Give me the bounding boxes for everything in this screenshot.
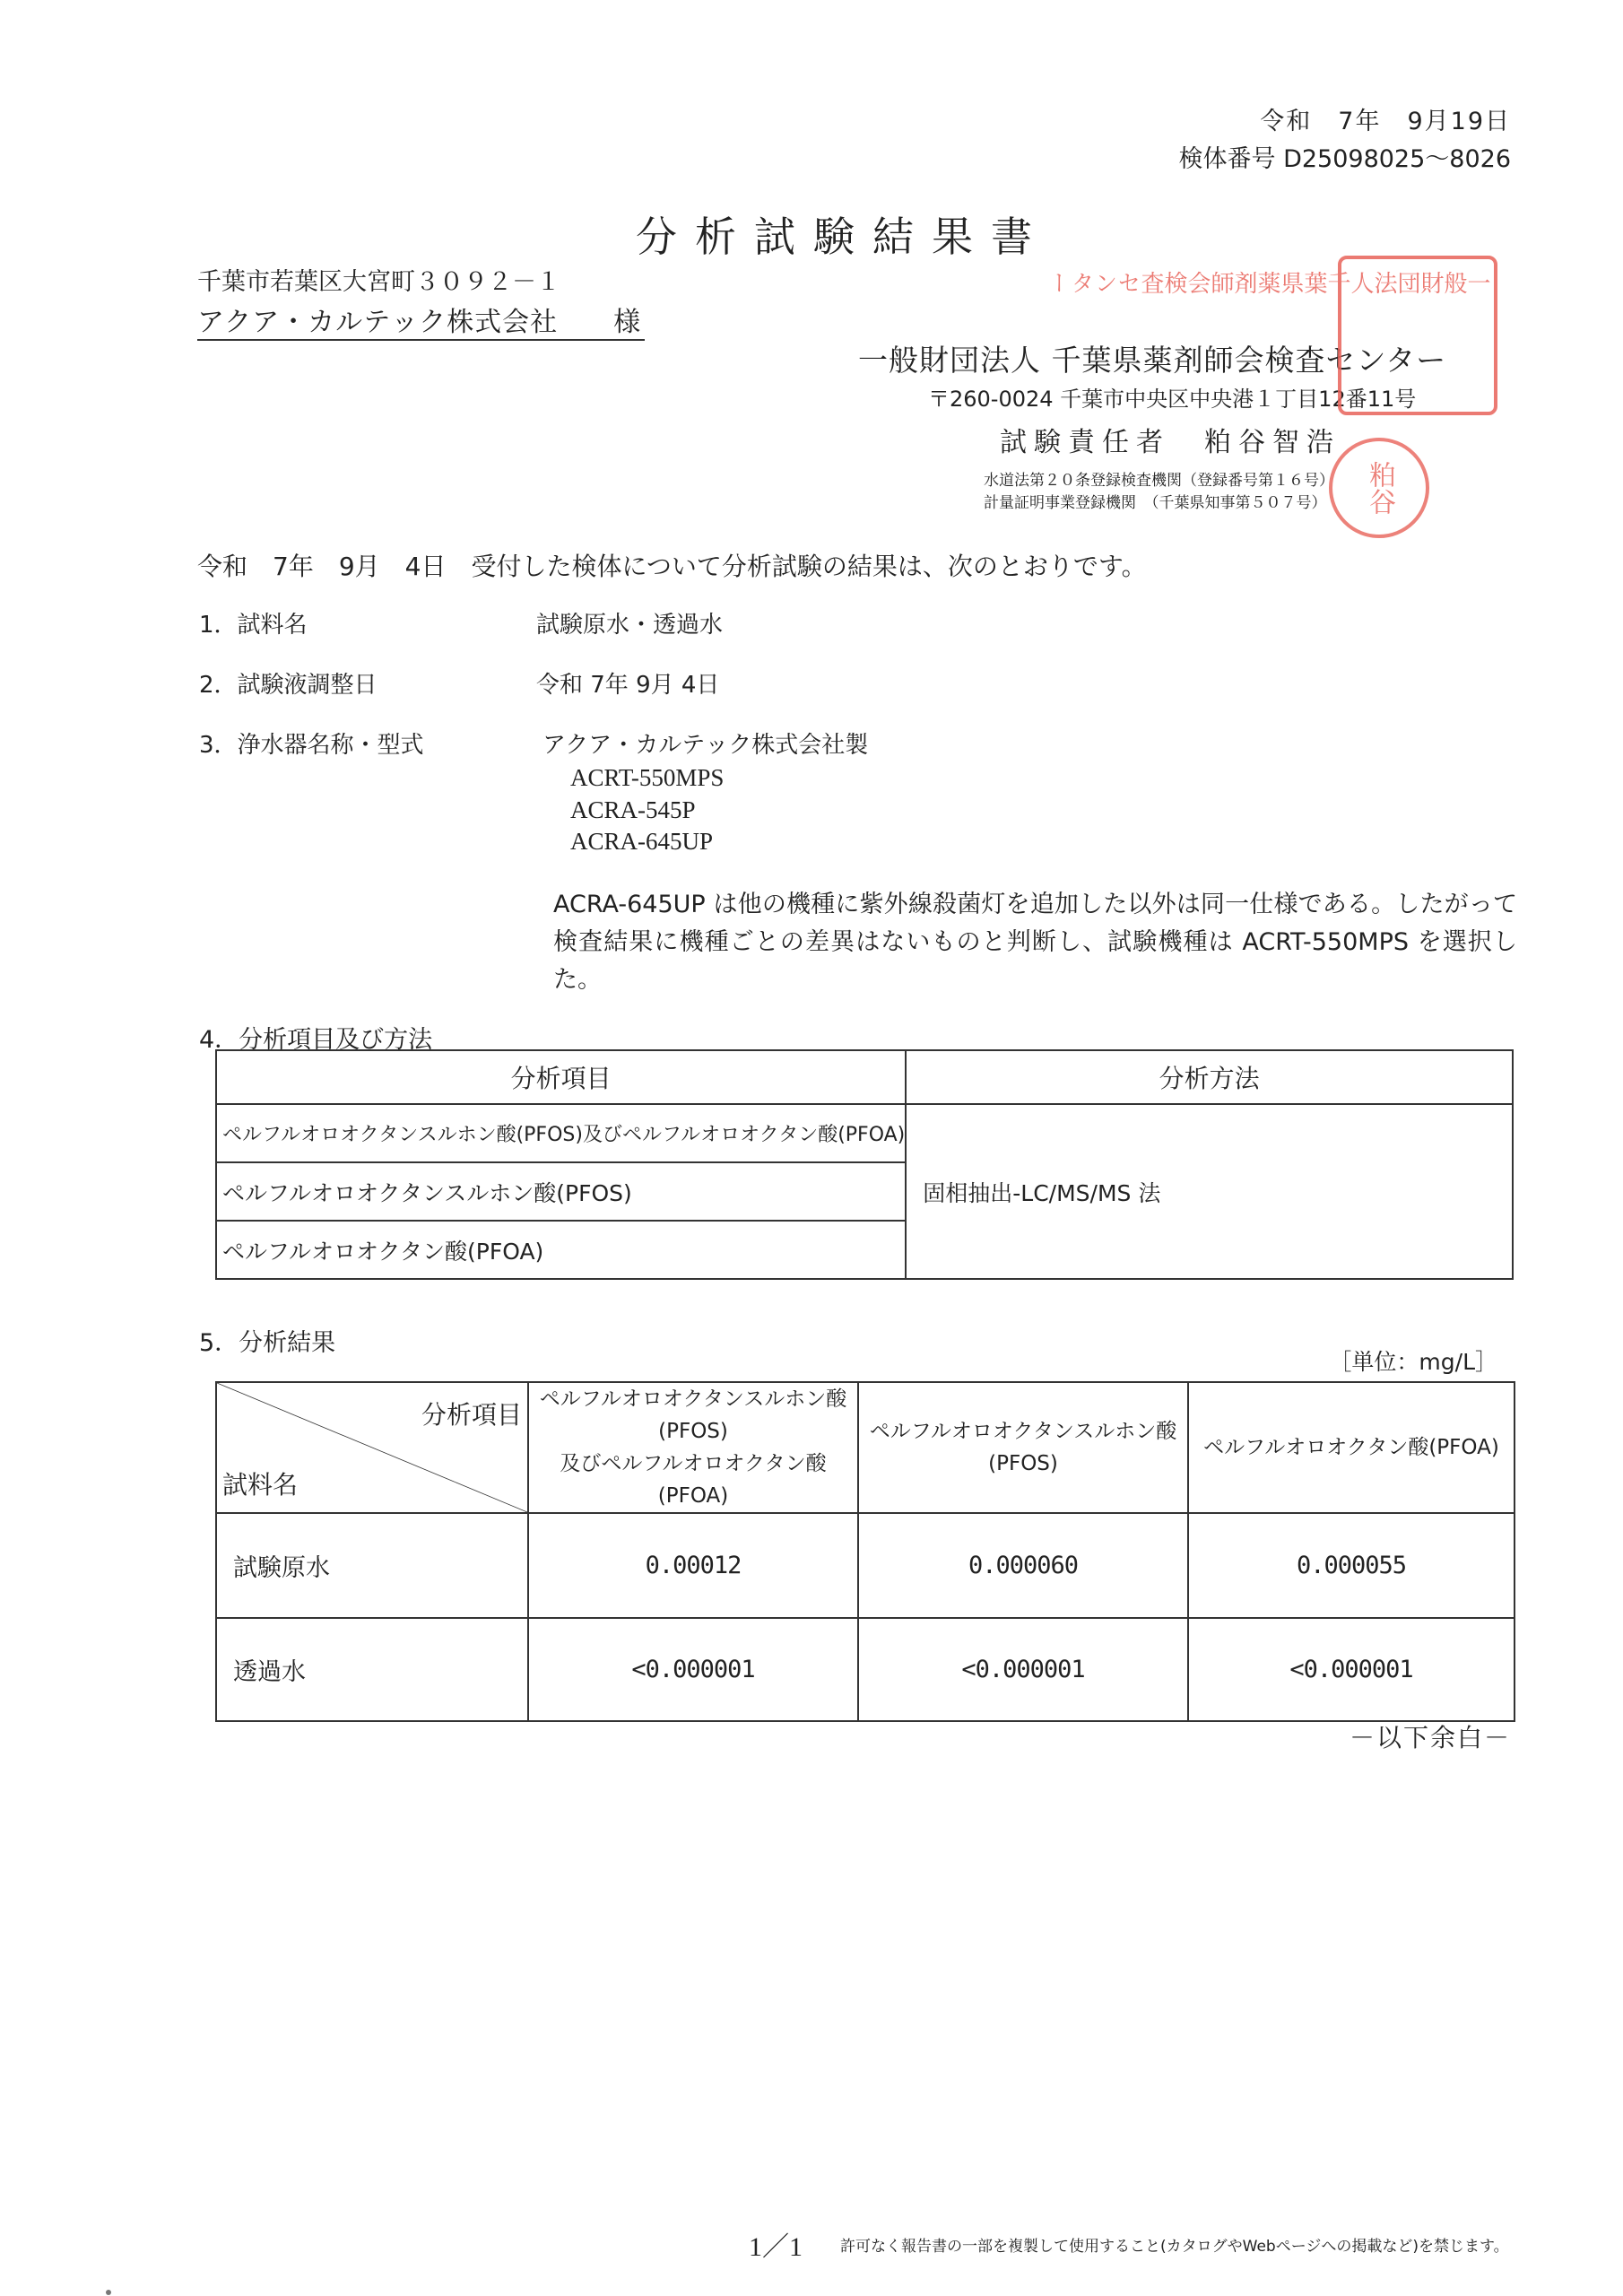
- value-cell: <0.000001: [528, 1618, 858, 1721]
- table-row: 試験原水 0.00012 0.000060 0.000055: [216, 1513, 1515, 1618]
- header-analysis-method: 分析方法: [906, 1050, 1513, 1104]
- sample-name-cell: 試験原水: [216, 1513, 528, 1618]
- section-5-heading: 5．分析結果: [199, 1323, 335, 1358]
- header-line: 及びペルフルオロオクタン酸(PFOA): [529, 1448, 857, 1512]
- test-responsible-person: 試験責任者 粕谷智浩: [1000, 420, 1341, 459]
- model-name: ACRA-545P: [570, 796, 696, 824]
- value-cell: 0.00012: [528, 1513, 858, 1618]
- value-cell: 0.000060: [858, 1513, 1188, 1618]
- analysis-result-table: 分析項目 試料名 ペルフルオロオクタンスルホン酸(PFOS) 及びペルフルオロオ…: [215, 1381, 1515, 1722]
- analysis-item-cell: ペルフルオロオクタンスルホン酸(PFOS): [216, 1162, 906, 1221]
- model-name: ACRT-550MPS: [570, 764, 724, 792]
- recipient-address: 千葉市若葉区大宮町３０９２－１: [197, 262, 560, 297]
- corner-label-item: 分析項目: [421, 1399, 522, 1431]
- model-selection-note: ACRA-645UP は他の機種に紫外線殺菌灯を追加した以外は同一仕様である。し…: [553, 886, 1517, 999]
- scan-artifact: [106, 2290, 111, 2295]
- table-row: 透過水 <0.000001 <0.000001 <0.000001: [216, 1618, 1515, 1721]
- value-cell: <0.000001: [858, 1618, 1188, 1721]
- value-cell: <0.000001: [1188, 1618, 1515, 1721]
- report-date: 令和 7年 9月19日: [1260, 101, 1511, 136]
- sample-name-cell: 透過水: [216, 1618, 528, 1721]
- page-number: 1／1: [749, 2224, 803, 2264]
- model-name: ACRA-645UP: [570, 828, 713, 856]
- value-cell: 0.000055: [1188, 1513, 1515, 1618]
- header-analysis-item: 分析項目: [216, 1050, 906, 1104]
- item-purifier-label: 3．浄水器名称・型式: [199, 726, 424, 760]
- registration-measurement: 計量証明事業登録機関 （千葉県知事第５０７号）: [984, 490, 1327, 512]
- analysis-method-cell: 固相抽出-LC/MS/MS 法: [906, 1104, 1513, 1279]
- end-of-content-mark: －以下余白－: [1350, 1718, 1511, 1754]
- table-row: ペルフルオロオクタンスルホン酸(PFOS)及びペルフルオロオクタン酸(PFOA)…: [216, 1104, 1513, 1162]
- analysis-item-cell: ペルフルオロオクタン酸(PFOA): [216, 1221, 906, 1279]
- item-prep-date-value: 令和 7年 9月 4日: [536, 666, 719, 700]
- intro-statement: 令和 7年 9月 4日 受付した検体について分析試験の結果は、次のとおりです。: [197, 547, 1147, 583]
- unit-label: ［単位：mg/L］: [1329, 1344, 1497, 1377]
- personal-seal-stamp: 粕谷: [1329, 438, 1429, 538]
- item-prep-date-label: 2．試験液調整日: [199, 666, 378, 700]
- specimen-number: 検体番号 D25098025〜8026: [1178, 139, 1511, 174]
- header-pfos: ペルフルオロオクタンスルホン酸(PFOS): [858, 1382, 1188, 1513]
- header-pfoa: ペルフルオロオクタン酸(PFOA): [1188, 1382, 1515, 1513]
- table-header-row: 分析項目 分析方法: [216, 1050, 1513, 1104]
- header-pfos-pfoa: ペルフルオロオクタンスルホン酸(PFOS) 及びペルフルオロオクタン酸(PFOA…: [528, 1382, 858, 1513]
- table-header-row: 分析項目 試料名 ペルフルオロオクタンスルホン酸(PFOS) 及びペルフルオロオ…: [216, 1382, 1515, 1513]
- registration-waterworks: 水道法第２０条登録検査機関（登録番号第１６号）: [984, 467, 1334, 490]
- analysis-item-cell: ペルフルオロオクタンスルホン酸(PFOS)及びペルフルオロオクタン酸(PFOA): [216, 1104, 906, 1162]
- analysis-method-table: 分析項目 分析方法 ペルフルオロオクタンスルホン酸(PFOS)及びペルフルオロオ…: [215, 1049, 1514, 1280]
- organization-seal-stamp: 一般財団法人千葉県薬剤師会検査センター: [1338, 256, 1497, 415]
- seal-text: 一般財団法人千葉県薬剤師会検査センター: [1046, 265, 1488, 300]
- item-sample-name-label: 1．試料名: [199, 606, 308, 639]
- item-sample-name-value: 試験原水・透過水: [536, 606, 723, 639]
- header-line: ペルフルオロオクタンスルホン酸(PFOS): [529, 1383, 857, 1448]
- copyright-notice: 許可なく報告書の一部を複製して使用すること(カタログやWebページへの掲載など)…: [840, 2233, 1509, 2256]
- corner-header-cell: 分析項目 試料名: [216, 1382, 528, 1513]
- corner-label-sample: 試料名: [222, 1469, 298, 1501]
- recipient-name: アクア・カルテック株式会社 様: [197, 300, 645, 341]
- seal-text: 粕谷: [1359, 461, 1399, 515]
- item-purifier-value: アクア・カルテック株式会社製: [542, 726, 868, 760]
